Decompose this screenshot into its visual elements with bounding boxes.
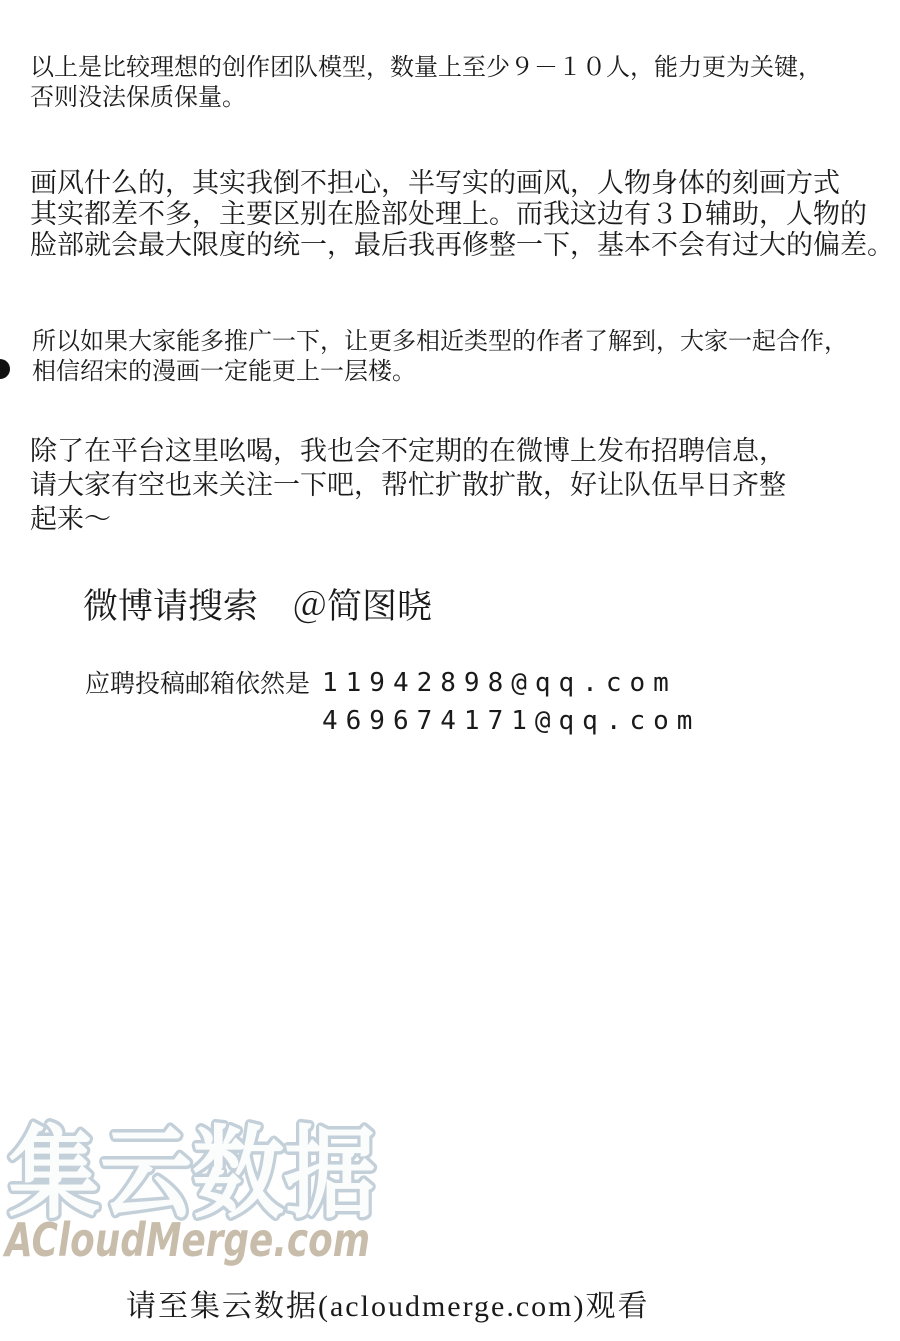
paragraph-team-model: 以上是比较理想的创作团队模型，数量上至少９－１０人，能力更为关键， 否则没法保质… bbox=[30, 53, 822, 113]
text-line: 否则没法保质保量。 bbox=[30, 83, 822, 113]
paragraph-weibo-recruiting: 除了在平台这里吆喝，我也会不定期的在微博上发布招聘信息， 请大家有空也来关注一下… bbox=[30, 434, 786, 536]
weibo-search-line: 微博请搜索＠简图晓 bbox=[83, 586, 432, 628]
text-line: 请大家有空也来关注一下吧，帮忙扩散扩散，好让队伍早日齐整 bbox=[30, 468, 786, 502]
text-line: 以上是比较理想的创作团队模型，数量上至少９－１０人，能力更为关键， bbox=[30, 53, 822, 83]
site-watermark: 集云数据 ACloudMerge.com bbox=[0, 1112, 460, 1292]
paragraph-art-style: 画风什么的，其实我倒不担心，半写实的画风，人物身体的刻画方式 其实都差不多，主要… bbox=[30, 168, 894, 261]
text-line: 起来～ bbox=[30, 502, 786, 536]
email-address: 469674171@qq.com bbox=[322, 702, 700, 740]
speech-bubble-edge-mark bbox=[0, 359, 10, 379]
paragraph-promotion: 所以如果大家能多推广一下，让更多相近类型的作者了解到，大家一起合作， 相信绍宋的… bbox=[32, 327, 848, 387]
text-line: 所以如果大家能多推广一下，让更多相近类型的作者了解到，大家一起合作， bbox=[32, 327, 848, 357]
comic-text-page: 以上是比较理想的创作团队模型，数量上至少９－１０人，能力更为关键， 否则没法保质… bbox=[0, 0, 900, 1341]
text-line: 相信绍宋的漫画一定能更上一层楼。 bbox=[32, 357, 848, 387]
email-address-list: 11942898@qq.com 469674171@qq.com bbox=[322, 664, 700, 740]
watermark-domain-text: ACloudMerge.com bbox=[3, 1213, 370, 1267]
weibo-handle: ＠简图晓 bbox=[292, 587, 432, 626]
footer-caption: 请至集云数据(acloudmerge.com)观看 bbox=[126, 1290, 650, 1324]
text-line: 画风什么的，其实我倒不担心，半写实的画风，人物身体的刻画方式 bbox=[30, 168, 894, 199]
text-line: 脸部就会最大限度的统一，最后我再修整一下，基本不会有过大的偏差。 bbox=[30, 230, 894, 261]
email-label: 应聘投稿邮箱依然是 bbox=[85, 668, 310, 700]
text-line: 除了在平台这里吆喝，我也会不定期的在微博上发布招聘信息， bbox=[30, 434, 786, 468]
email-address: 11942898@qq.com bbox=[322, 664, 700, 702]
text-line: 其实都差不多，主要区别在脸部处理上。而我这边有３Ｄ辅助，人物的 bbox=[30, 199, 894, 230]
weibo-search-label: 微博请搜索 bbox=[83, 587, 258, 626]
